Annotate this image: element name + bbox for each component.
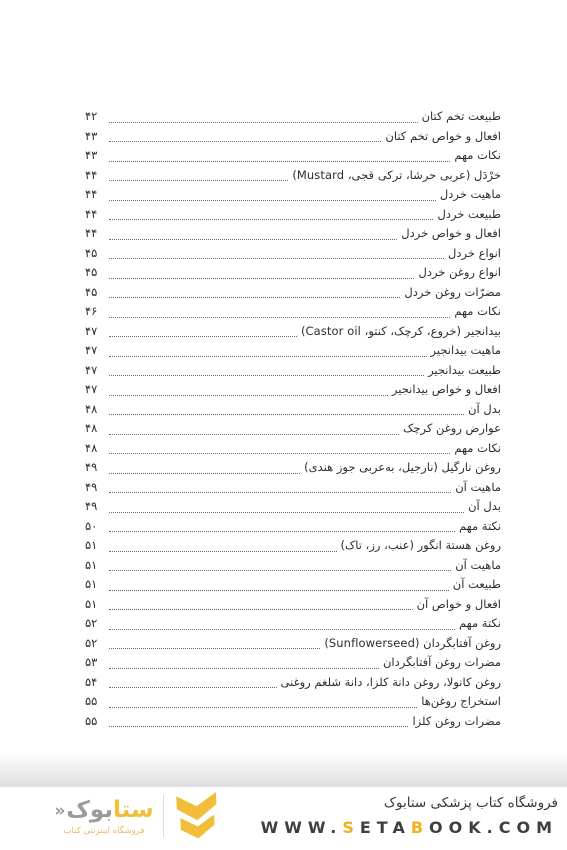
toc-entry-title: افعال و خواص تخم کتان (385, 127, 501, 147)
toc-leader-dots (109, 122, 418, 123)
toc-leader-dots (109, 414, 464, 415)
url-segment: OOK.COM (429, 818, 558, 837)
toc-row: استخراج روغن‌ها ۵۵ (85, 692, 501, 712)
toc-entry-title: انواع خردل (448, 244, 501, 264)
toc-row: بدل آن ۴۹ (85, 497, 501, 517)
toc-row: طبیعت تخم کتان ۴۲ (85, 107, 501, 127)
setabook-logo: ستا بوک « فروشگاه اینترنتی کتاب (52, 789, 225, 843)
toc-entry-page-number: ۴۴ (85, 205, 105, 225)
toc-leader-dots (109, 141, 381, 142)
toc-entry-title: عوارض روغن کرچک (403, 419, 501, 439)
toc-entry-page-number: ۴۴ (85, 185, 105, 205)
toc-row: عوارض روغن کرچک ۴۸ (85, 419, 501, 439)
toc-leader-dots (109, 609, 413, 610)
toc-leader-dots (109, 707, 417, 708)
toc-row: مضرات روغن کلزا ۵۵ (85, 712, 501, 732)
toc-row: افعال و خواص آن ۵۱ (85, 595, 501, 615)
toc-leader-dots (109, 317, 450, 318)
toc-row: نکات مهم ۴۳ (85, 146, 501, 166)
toc-entry-page-number: ۴۷ (85, 380, 105, 400)
toc-leader-dots (109, 551, 337, 552)
toc-row: روغن هستة انگور (عنب، رز، تاک) ۵۱ (85, 536, 501, 556)
toc-entry-page-number: ۴۵ (85, 283, 105, 303)
toc-row: مضرات روغن آفتابگردان ۵۳ (85, 653, 501, 673)
toc-entry-page-number: ۴۹ (85, 497, 105, 517)
toc-entry-page-number: ۵۱ (85, 595, 105, 615)
toc-leader-dots (109, 395, 388, 396)
toc-leader-dots (109, 278, 414, 279)
toc-entry-title: بیدانجیر (خروع، کرچک، کنتو، Castor oil) (301, 322, 501, 342)
toc-row: افعال و خواص تخم کتان ۴۳ (85, 127, 501, 147)
toc-leader-dots (109, 434, 399, 435)
toc-row: طبیعت خردل ۴۴ (85, 205, 501, 225)
toc-leader-dots (109, 570, 451, 571)
toc-leader-dots (109, 336, 297, 337)
toc-entry-title: طبیعت بیدانجیر (428, 361, 501, 381)
logo-wordmark: ستا بوک « (52, 797, 156, 823)
toc-row: بیدانجیر (خروع، کرچک، کنتو، Castor oil) … (85, 322, 501, 342)
logo-word-part-yellow: ستا (113, 797, 154, 823)
toc-row: مضرّات روغن خردل ۴۵ (85, 283, 501, 303)
toc-entry-page-number: ۴۷ (85, 361, 105, 381)
url-segment: ETA (360, 818, 411, 837)
footer-store-block: فروشگاه کتاب پزشکی ستابوک WWW.SETABOOK.C… (261, 792, 558, 840)
toc-entry-page-number: ۴۲ (85, 107, 105, 127)
toc-leader-dots (109, 687, 277, 688)
footer-top-shadow (0, 752, 567, 787)
toc-entry-page-number: ۵۱ (85, 556, 105, 576)
toc-entry-page-number: ۴۸ (85, 400, 105, 420)
toc-entry-title: طبیعت خردل (437, 205, 501, 225)
toc-row: افعال و خواص بیدانجیر ۴۷ (85, 380, 501, 400)
toc-entry-page-number: ۵۵ (85, 692, 105, 712)
toc-leader-dots (109, 258, 444, 259)
toc-entry-page-number: ۵۰ (85, 517, 105, 537)
toc-entry-page-number: ۴۸ (85, 419, 105, 439)
toc-entry-title: روغن هستة انگور (عنب، رز، تاک) (341, 536, 501, 556)
toc-entry-title: انواع روغن خردل (418, 263, 501, 283)
logo-guillemet-mark: « (54, 799, 65, 823)
toc-entry-title: ماهیت آن (455, 556, 501, 576)
url-segment-accent: B (411, 818, 429, 837)
toc-entry-page-number: ۴۷ (85, 322, 105, 342)
toc-entry-title: ماهیت بیدانجیر (431, 341, 502, 361)
footer: ستا بوک « فروشگاه اینترنتی کتاب فروشگاه … (0, 787, 567, 850)
toc-entry-page-number: ۵۴ (85, 673, 105, 693)
toc-leader-dots (109, 629, 455, 630)
toc-entry-page-number: ۴۹ (85, 458, 105, 478)
toc-entry-title: مضرات روغن آفتابگردان (383, 653, 501, 673)
toc-row: خرْدَل (عربی حرشا، ترکی قجی، Mustard) ۴۴ (85, 166, 501, 186)
toc-list: طبیعت تخم کتان ۴۲ افعال و خواص تخم کتان … (85, 107, 501, 731)
toc-leader-dots (109, 531, 455, 532)
toc-leader-dots (109, 200, 436, 201)
toc-leader-dots (109, 473, 300, 474)
toc-leader-dots (109, 161, 450, 162)
toc-entry-page-number: ۵۵ (85, 712, 105, 732)
toc-entry-title: طبیعت تخم کتان (422, 107, 501, 127)
toc-entry-title: روغن نارگیل (نارجیل، به‌عربی جوز هندی) (304, 458, 501, 478)
toc-row: نکتة مهم ۵۰ (85, 517, 501, 537)
toc-entry-page-number: ۴۶ (85, 302, 105, 322)
logo-word-part-gray: بوک (66, 797, 113, 823)
url-segment-accent: S (342, 818, 360, 837)
toc-entry-page-number: ۴۳ (85, 146, 105, 166)
toc-entry-title: مضرات روغن کلزا (412, 712, 501, 732)
toc-entry-page-number: ۴۴ (85, 224, 105, 244)
toc-leader-dots (109, 239, 397, 240)
toc-entry-page-number: ۵۱ (85, 536, 105, 556)
toc-leader-dots (109, 590, 449, 591)
toc-leader-dots (109, 180, 288, 181)
toc-entry-page-number: ۴۳ (85, 127, 105, 147)
toc-leader-dots (109, 297, 400, 298)
toc-leader-dots (109, 512, 464, 513)
toc-entry-title: روغن کانولا، روغن دانة کلزا، دانة شلغم ر… (281, 673, 501, 693)
toc-row: نکات مهم ۴۶ (85, 302, 501, 322)
toc-entry-title: نکتة مهم (459, 517, 501, 537)
toc-entry-page-number: ۵۳ (85, 653, 105, 673)
toc-entry-title: افعال و خواص آن (417, 595, 501, 615)
toc-entry-title: نکات مهم (454, 146, 501, 166)
toc-entry-title: ماهیت آن (455, 478, 501, 498)
toc-row: نکتة مهم ۵۲ (85, 614, 501, 634)
toc-entry-page-number: ۴۷ (85, 341, 105, 361)
toc-row: روغن آفتابگردان (Sunflowerseed) ۵۲ (85, 634, 501, 654)
double-chevron-icon (173, 789, 225, 843)
toc-leader-dots (109, 726, 408, 727)
site-url: WWW.SETABOOK.COM (261, 816, 558, 840)
toc-entry-title: نکات مهم (454, 302, 501, 322)
toc-entry-title: نکتة مهم (459, 614, 501, 634)
toc-entry-title: بدل آن (468, 497, 501, 517)
toc-row: انواع خردل ۴۵ (85, 244, 501, 264)
toc-entry-title: بدل آن (468, 400, 501, 420)
toc-row: روغن نارگیل (نارجیل، به‌عربی جوز هندی) ۴… (85, 458, 501, 478)
toc-entry-title: روغن آفتابگردان (Sunflowerseed) (324, 634, 501, 654)
toc-row: ماهیت آن ۵۱ (85, 556, 501, 576)
toc-entry-page-number: ۴۴ (85, 166, 105, 186)
toc-leader-dots (109, 375, 424, 376)
logo-wordmark-block: ستا بوک « فروشگاه اینترنتی کتاب (52, 797, 156, 836)
toc-row: ماهیت خردل ۴۴ (85, 185, 501, 205)
toc-entry-title: افعال و خواص بیدانجیر (392, 380, 501, 400)
toc-row: نکات مهم ۴۸ (85, 439, 501, 459)
toc-leader-dots (109, 453, 450, 454)
toc-entry-page-number: ۴۵ (85, 244, 105, 264)
toc-row: افعال و خواص خردل ۴۴ (85, 224, 501, 244)
logo-divider (163, 795, 164, 837)
toc-leader-dots (109, 648, 320, 649)
toc-row: انواع روغن خردل ۴۵ (85, 263, 501, 283)
url-segment: WWW. (261, 818, 343, 837)
toc-entry-title: خرْدَل (عربی حرشا، ترکی قجی، Mustard) (292, 166, 501, 186)
toc-row: طبیعت بیدانجیر ۴۷ (85, 361, 501, 381)
toc-entry-page-number: ۴۸ (85, 439, 105, 459)
toc-row: بدل آن ۴۸ (85, 400, 501, 420)
toc-entry-title: استخراج روغن‌ها (421, 692, 501, 712)
toc-entry-page-number: ۵۲ (85, 614, 105, 634)
book-page: طبیعت تخم کتان ۴۲ افعال و خواص تخم کتان … (0, 0, 567, 850)
toc-row: ماهیت آن ۴۹ (85, 478, 501, 498)
toc-row: روغن کانولا، روغن دانة کلزا، دانة شلغم ر… (85, 673, 501, 693)
toc-entry-title: طبیعت آن (453, 575, 501, 595)
toc-entry-page-number: ۵۲ (85, 634, 105, 654)
toc-entry-page-number: ۴۹ (85, 478, 105, 498)
toc-row: طبیعت آن ۵۱ (85, 575, 501, 595)
logo-tagline: فروشگاه اینترنتی کتاب (52, 826, 156, 836)
toc-entry-title: مضرّات روغن خردل (404, 283, 501, 303)
toc-leader-dots (109, 668, 379, 669)
store-name: فروشگاه کتاب پزشکی ستابوک (261, 792, 558, 814)
toc-leader-dots (109, 356, 427, 357)
toc-row: ماهیت بیدانجیر ۴۷ (85, 341, 501, 361)
toc-entry-title: افعال و خواص خردل (401, 224, 501, 244)
toc-entry-page-number: ۴۵ (85, 263, 105, 283)
toc-entry-title: ماهیت خردل (440, 185, 501, 205)
toc-leader-dots (109, 492, 451, 493)
toc-leader-dots (109, 219, 433, 220)
toc-entry-page-number: ۵۱ (85, 575, 105, 595)
toc-entry-title: نکات مهم (454, 439, 501, 459)
